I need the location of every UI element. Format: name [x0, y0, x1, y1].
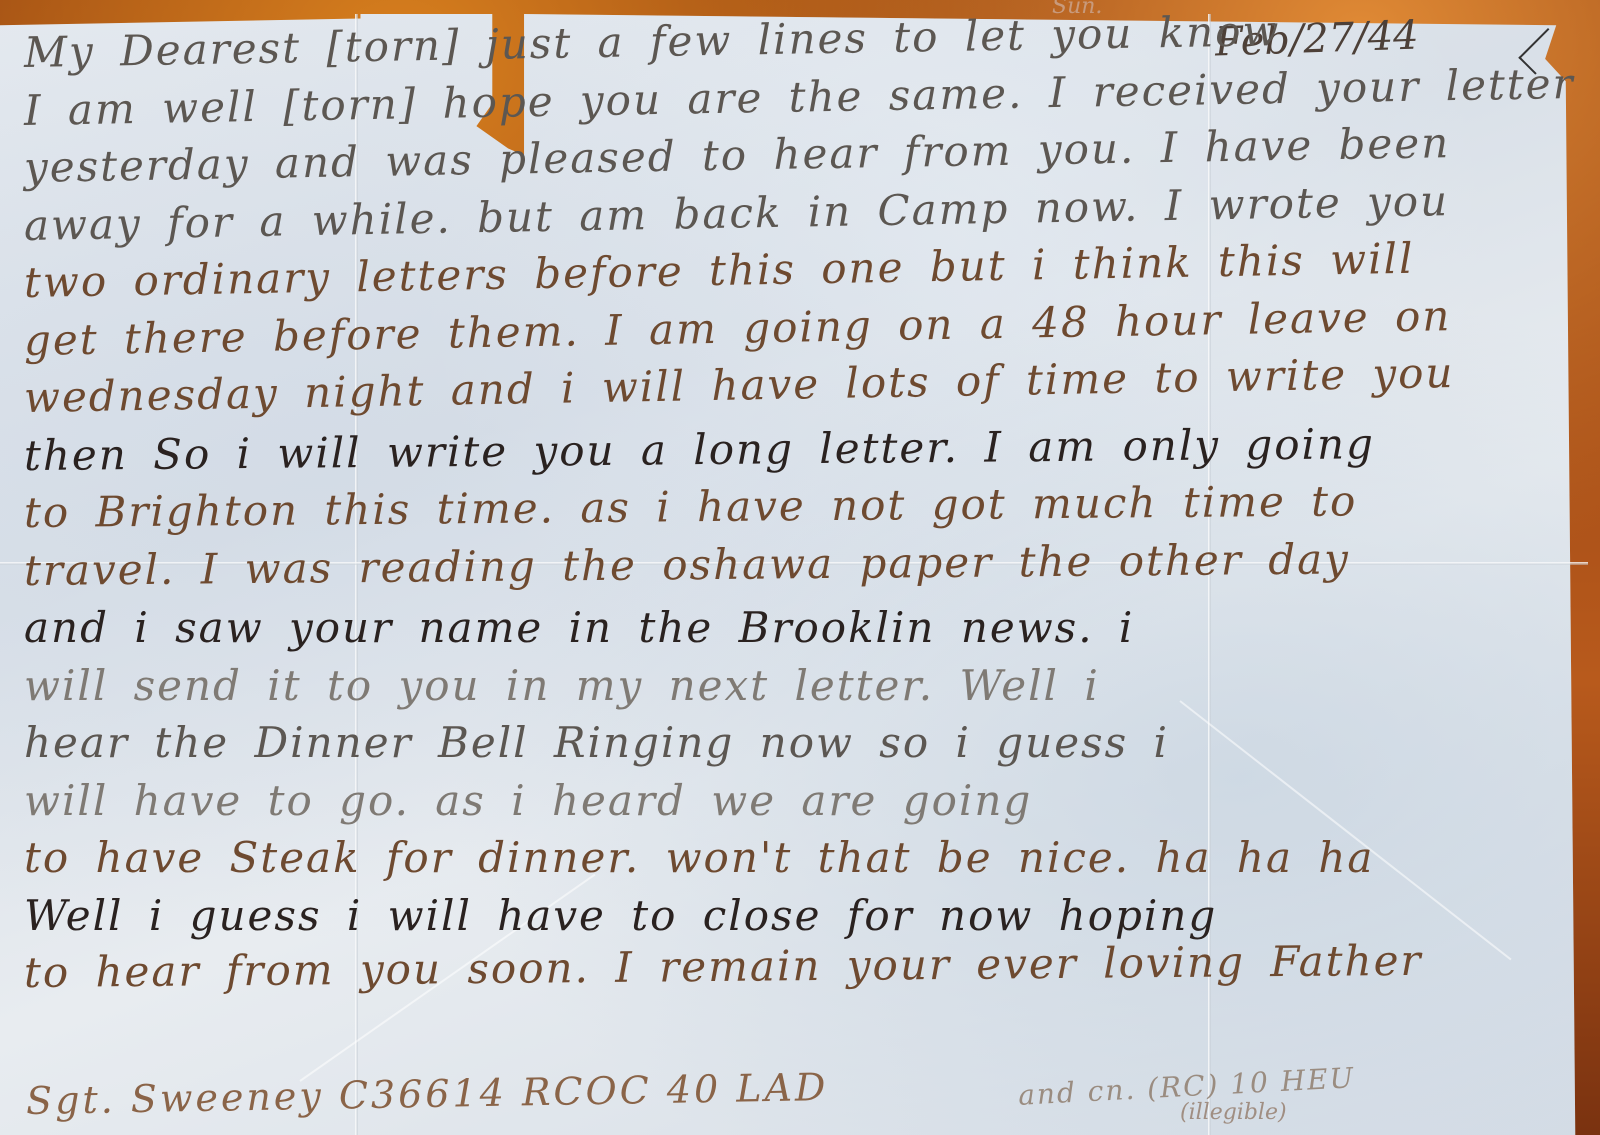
- photo-scene: Sun. Feb/27/44 My Dearest [torn] just a …: [0, 0, 1600, 1135]
- letter-body: My Dearest [torn] just a few lines to le…: [24, 24, 1564, 1002]
- letter-line: to have Steak for dinner. won't that be …: [24, 829, 1564, 887]
- address-subnote: (illegible): [1180, 1100, 1287, 1125]
- letter-line: and i saw your name in the Brooklin news…: [24, 599, 1564, 657]
- letter-line: to hear from you soon. I remain your eve…: [24, 931, 1564, 1002]
- letter-line: will have to go. as i heard we are going: [24, 772, 1564, 830]
- letter-line: will send it to you in my next letter. W…: [24, 657, 1564, 715]
- letter-line: hear the Dinner Bell Ringing now so i gu…: [24, 714, 1564, 772]
